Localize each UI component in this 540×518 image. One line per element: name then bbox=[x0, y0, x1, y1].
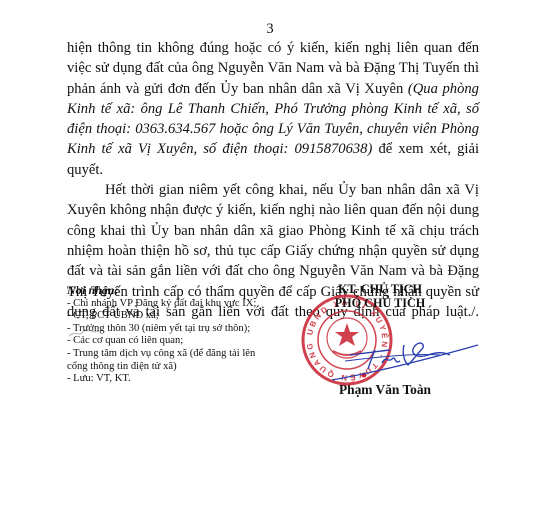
page-number: 3 bbox=[0, 21, 540, 38]
recipient-item: - Chi nhánh VP Đăng ký đất đai khu vực I… bbox=[67, 298, 297, 311]
recipients-block: Nơi nhận: - Chi nhánh VP Đăng ký đất đai… bbox=[67, 284, 297, 386]
paragraph-1: hiện thông tin không đúng hoặc có ý kiến… bbox=[67, 38, 479, 180]
recipient-item: - Trưởng thôn 30 (niêm yết tại trụ sở th… bbox=[67, 323, 297, 336]
signer-role-line2: PHÓ CHỦ TỊCH bbox=[300, 296, 460, 310]
signer-block: KT. CHỦ TỊCH PHÓ CHỦ TỊCH bbox=[300, 282, 460, 310]
recipient-item: cổng thông tin điện tử xã) bbox=[67, 361, 297, 374]
recipients-heading: Nơi nhận: bbox=[67, 284, 297, 297]
recipient-item: - Lưu: VT, KT. bbox=[67, 373, 297, 386]
signature-icon bbox=[330, 325, 480, 385]
recipient-item: - Các cơ quan có liên quan; bbox=[67, 335, 297, 348]
recipient-item: - Trung tâm dịch vụ công xã (để đăng tải… bbox=[67, 348, 297, 361]
recipient-item: - CT, PCT UBND xã; bbox=[67, 310, 297, 323]
signer-role-line1: KT. CHỦ TỊCH bbox=[300, 282, 460, 296]
